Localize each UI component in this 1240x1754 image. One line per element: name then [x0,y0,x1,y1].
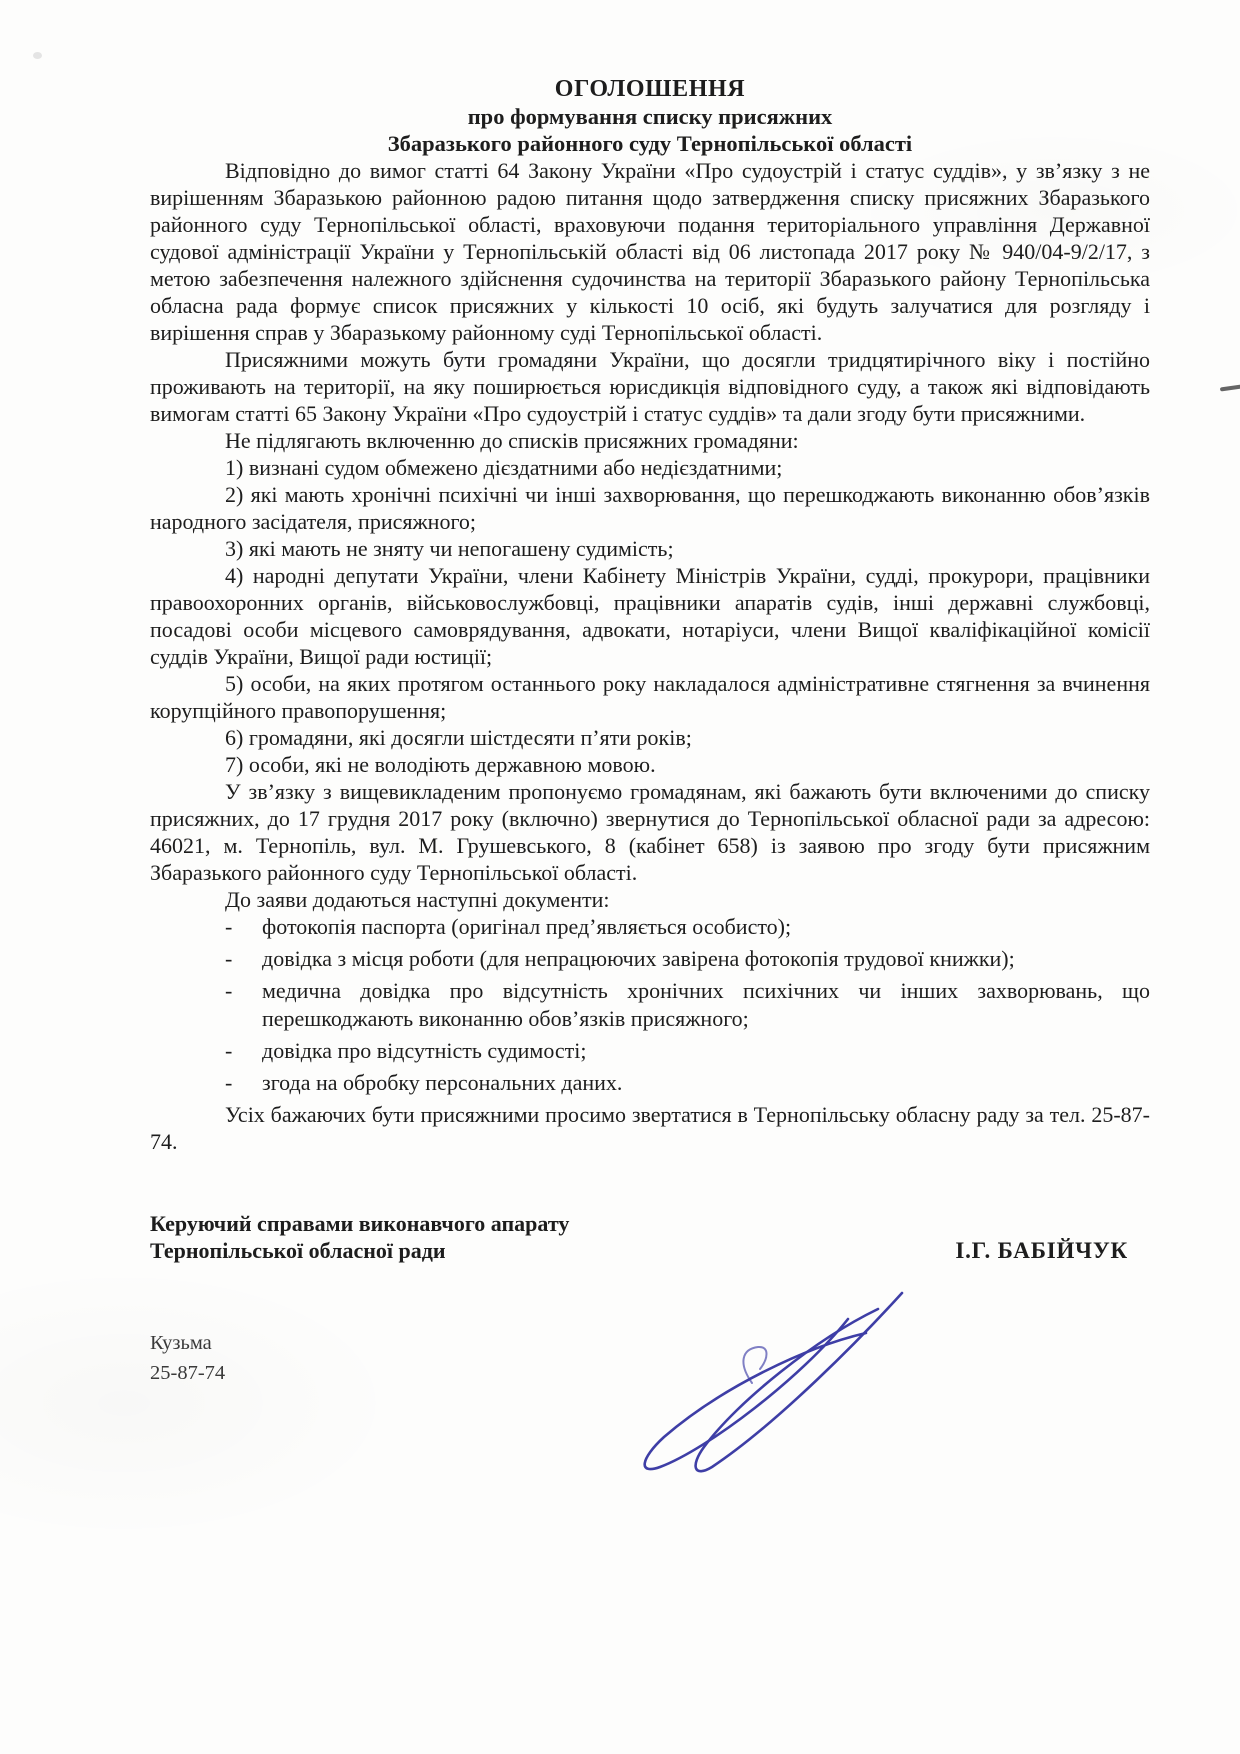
document-item-text: згода на обробку персональних даних. [262,1069,1150,1097]
document-item-text: фотокопія паспорта (оригінал пред’являєт… [262,913,1150,941]
signatory-name: І.Г. БАБІЙЧУК [955,1238,1150,1264]
exclusion-item-7: 7) особи, які не володіють державною мов… [150,751,1150,778]
paragraph-intro: Відповідно до вимог статті 64 Закону Укр… [150,157,1150,346]
document-title-block: ОГОЛОШЕННЯ про формування списку присяжн… [150,75,1150,157]
exclusion-item-6: 6) громадяни, які досягли шістдесяти п’я… [150,724,1150,751]
document-subtitle-line2: Збаразького районного суду Тернопільсько… [150,130,1150,157]
paragraph-closing: Усіх бажаючих бути присяжними просимо зв… [150,1101,1150,1155]
document-subtitle-line1: про формування списку присяжних [150,103,1150,130]
exclusion-item-4: 4) народні депутати України, члени Кабін… [150,562,1150,670]
executor-name: Кузьма [150,1328,1150,1358]
documents-intro: До заяви додаються наступні документи: [150,886,1150,913]
dash-bullet: - [225,913,262,941]
dash-bullet: - [225,945,262,973]
signatory-position-line1: Керуючий справами виконавчого апарату [150,1210,569,1237]
exclusion-item-2: 2) які мають хронічні психічні чи інші з… [150,481,1150,535]
document-item-text: довідка з місця роботи (для непрацюючих … [262,945,1150,973]
scanned-announcement-page: ОГОЛОШЕННЯ про формування списку присяжн… [0,0,1240,1754]
executor-footer: Кузьма 25-87-74 [150,1328,1150,1388]
dash-bullet: - [225,977,262,1033]
scan-artifact-speck [33,52,42,59]
document-title: ОГОЛОШЕННЯ [150,75,1150,103]
list-item: - згода на обробку персональних даних. [225,1069,1150,1097]
list-item: - довідка з місця роботи (для непрацюючи… [225,945,1150,973]
list-item: - довідка про відсутність судимості; [225,1037,1150,1065]
signature-block: Керуючий справами виконавчого апарату Те… [150,1210,1150,1264]
paragraph-eligibility: Присяжними можуть бути громадяни України… [150,346,1150,427]
document-item-text: довідка про відсутність судимості; [262,1037,1150,1065]
executor-phone: 25-87-74 [150,1358,1150,1388]
required-documents-list: - фотокопія паспорта (оригінал пред’явля… [225,913,1150,1097]
exclusions-intro: Не підлягають включенню до списків прися… [150,427,1150,454]
signatory-position-line2: Тернопільської обласної ради [150,1237,569,1264]
paragraph-proposal: У зв’язку з вищевикладеним пропонуємо гр… [150,778,1150,886]
list-item: - фотокопія паспорта (оригінал пред’явля… [225,913,1150,941]
exclusion-item-1: 1) визнані судом обмежено дієздатними аб… [150,454,1150,481]
document-item-text: медична довідка про відсутність хронічни… [262,977,1150,1033]
list-item: - медична довідка про відсутність хроніч… [225,977,1150,1033]
dash-bullet: - [225,1037,262,1065]
signatory-position: Керуючий справами виконавчого апарату Те… [150,1210,569,1264]
exclusion-item-3: 3) які мають не зняту чи непогашену суди… [150,535,1150,562]
dash-bullet: - [225,1069,262,1097]
exclusion-item-5: 5) особи, на яких протягом останнього ро… [150,670,1150,724]
